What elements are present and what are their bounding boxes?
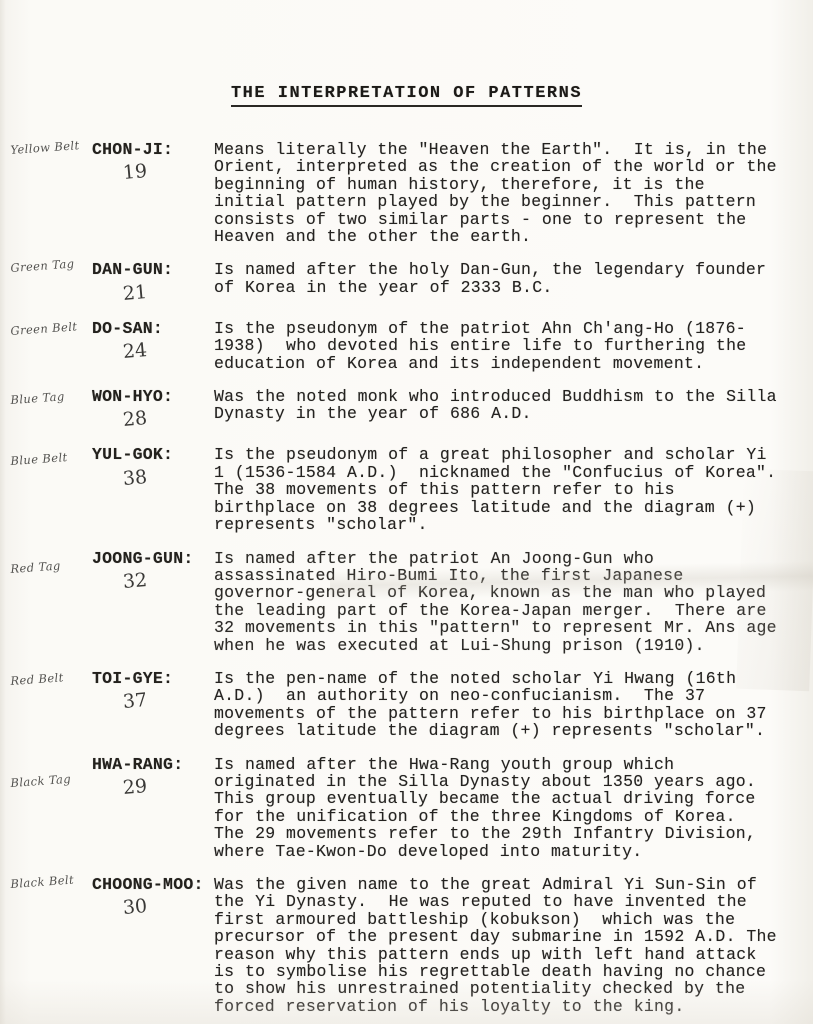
page-title: THE INTERPRETATION OF PATTERNS — [231, 84, 582, 107]
pattern-description: Is the pen-name of the noted scholar Yi … — [214, 670, 780, 740]
margin-column: Blue Tag — [6, 388, 92, 407]
pattern-description: Is named after the holy Dan-Gun, the leg… — [214, 261, 780, 296]
margin-column: Red Belt — [6, 670, 92, 688]
name-column: YUL-GOK: 38 — [92, 446, 214, 488]
belt-annotation: Green Belt — [10, 318, 93, 338]
pattern-name: JOONG-GUN: — [92, 550, 214, 567]
pattern-description: Is named after the Hwa-Rang youth group … — [214, 756, 780, 860]
margin-column: Black Tag — [6, 756, 92, 790]
pattern-entry-do-san: Green Belt DO-SAN: 24 Is the pseudonym o… — [6, 320, 813, 372]
pattern-description: Is named after the patriot An Joong-Gun … — [214, 550, 780, 654]
pattern-name: HWA-RANG: — [92, 756, 214, 773]
scanned-document-page: THE INTERPRETATION OF PATTERNS Yellow Be… — [0, 0, 813, 1024]
margin-column: Green Tag — [6, 261, 92, 275]
pattern-name: TOI-GYE: — [92, 670, 214, 687]
move-count-annotation: 32 — [91, 566, 179, 595]
pattern-name: CHOONG-MOO: — [92, 876, 214, 893]
pattern-entry-yul-gok: Blue Belt YUL-GOK: 38 Is the pseudonym o… — [6, 446, 813, 533]
move-count-annotation: 24 — [91, 337, 179, 366]
pattern-description: Was the noted monk who introduced Buddhi… — [214, 388, 780, 423]
margin-column: Red Tag — [6, 550, 92, 576]
belt-annotation: Black Tag — [10, 770, 93, 790]
pattern-name: CHON-JI: — [92, 141, 214, 158]
belt-annotation: Blue Tag — [10, 387, 93, 407]
belt-annotation: Black Belt — [10, 871, 93, 891]
margin-column: Green Belt — [6, 320, 92, 338]
pattern-name: DO-SAN: — [92, 320, 214, 337]
pattern-entries-list: Yellow Belt CHON-JI: 19 Means literally … — [0, 141, 813, 1015]
pattern-entry-toi-gye: Red Belt TOI-GYE: 37 Is the pen-name of … — [6, 670, 813, 740]
pattern-entry-chon-ji: Yellow Belt CHON-JI: 19 Means literally … — [6, 141, 813, 245]
pattern-entry-hwa-rang: Black Tag HWA-RANG: 29 Is named after th… — [6, 756, 813, 860]
pattern-name: YUL-GOK: — [92, 446, 214, 463]
pattern-entry-joong-gun: Red Tag JOONG-GUN: 32 Is named after the… — [6, 550, 813, 654]
belt-annotation: Red Tag — [10, 556, 93, 576]
name-column: WON-HYO: 28 — [92, 388, 214, 430]
move-count-annotation: 21 — [91, 278, 179, 307]
move-count-annotation: 30 — [91, 893, 179, 922]
belt-annotation: Red Belt — [10, 668, 93, 688]
pattern-name: WON-HYO: — [92, 388, 214, 405]
belt-annotation: Blue Belt — [10, 449, 93, 469]
move-count-annotation: 29 — [91, 772, 179, 801]
pattern-entry-won-hyo: Blue Tag WON-HYO: 28 Was the noted monk … — [6, 388, 813, 430]
pattern-description: Is the pseudonym of a great philosopher … — [214, 446, 780, 533]
name-column: CHOONG-MOO: 30 — [92, 876, 214, 918]
pattern-entry-choong-moo: Black Belt CHOONG-MOO: 30 Was the given … — [6, 876, 813, 1015]
move-count-annotation: 19 — [91, 158, 179, 187]
name-column: JOONG-GUN: 32 — [92, 550, 214, 592]
pattern-description: Means literally the "Heaven the Earth". … — [214, 141, 780, 245]
margin-column: Blue Belt — [6, 446, 92, 468]
pattern-name: DAN-GUN: — [92, 261, 214, 278]
move-count-annotation: 28 — [91, 405, 179, 434]
margin-column: Black Belt — [6, 876, 92, 891]
move-count-annotation: 38 — [91, 463, 179, 492]
name-column: TOI-GYE: 37 — [92, 670, 214, 712]
name-column: HWA-RANG: 29 — [92, 756, 214, 798]
pattern-description: Was the given name to the great Admiral … — [214, 876, 780, 1015]
title-row: THE INTERPRETATION OF PATTERNS — [0, 84, 813, 107]
pattern-description: Is the pseudonym of the patriot Ahn Ch'a… — [214, 320, 780, 372]
name-column: DAN-GUN: 21 — [92, 261, 214, 303]
belt-annotation: Green Tag — [10, 256, 93, 276]
pattern-entry-dan-gun: Green Tag DAN-GUN: 21 Is named after the… — [6, 261, 813, 303]
belt-annotation: Yellow Belt — [10, 137, 93, 157]
name-column: DO-SAN: 24 — [92, 320, 214, 362]
margin-column: Yellow Belt — [6, 141, 92, 157]
move-count-annotation: 37 — [91, 687, 179, 716]
name-column: CHON-JI: 19 — [92, 141, 214, 183]
